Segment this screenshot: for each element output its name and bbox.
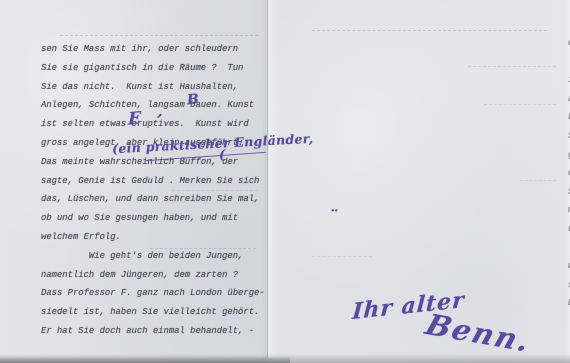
handwritten-capital-b: B <box>186 92 199 109</box>
typed-line: Sie das nicht. Kunst ist Haushalten, <box>41 78 265 97</box>
typed-line: Sie sie gigantisch in die Räume ? Tun <box>41 59 265 78</box>
page-fold-highlight <box>268 0 281 358</box>
ghost-line <box>520 180 556 181</box>
handwritten-capital-e: E <box>128 108 142 130</box>
ghost-line <box>150 248 256 249</box>
handwritten-umlaut-dots: ¨ <box>329 207 338 226</box>
typed-line: das, Lüschen, und dann schreiben Sie mal… <box>41 190 265 209</box>
paper-edge-highlight <box>564 0 570 363</box>
scanned-letter: sen Sie Mass mit ihr, oder schleudernSie… <box>0 0 570 363</box>
typed-line: Dass Professor F. ganz nach London überg… <box>41 284 265 303</box>
typed-line: ob und wo Sie gesungen haben, und mit <box>41 209 265 228</box>
typed-line: ist selten etwas eruptives. Kunst wird <box>41 115 265 134</box>
ghost-line <box>484 104 556 105</box>
typed-line: Anlegen, Schichten, langsam bauen. Kunst <box>41 96 265 115</box>
ghost-line <box>312 256 372 257</box>
ghost-line <box>468 66 556 67</box>
typed-line: namentlich dem Jüngeren, dem zarten ? <box>41 266 265 285</box>
ghost-line <box>312 30 547 31</box>
letter-page-left: sen Sie Mass mit ihr, oder schleudernSie… <box>0 0 268 363</box>
ghost-line <box>172 190 258 191</box>
handwritten-paren: ( <box>219 148 225 163</box>
bottom-left-shadow <box>0 356 290 363</box>
typed-line: Er hat Sie doch auch einmal behandelt, - <box>41 322 265 341</box>
typed-line: sagte, Genie ist Geduld . Merken Sie sic… <box>41 172 265 191</box>
typed-line: Wie geht's den beiden Jungen, <box>41 247 265 266</box>
letter-scan: { "letter": { "left_page": { "lines": [ … <box>0 0 570 363</box>
typed-line: siedelt ist, haben Sie vielleicht gehört… <box>41 303 265 322</box>
typed-line: sen Sie Mass mit ihr, oder schleudern <box>41 40 265 59</box>
ghost-line <box>60 35 258 36</box>
typed-line: welchem Erfolg. <box>41 228 265 247</box>
typed-line: Das meinte wahrscheinlich Buffon, der <box>41 153 265 172</box>
